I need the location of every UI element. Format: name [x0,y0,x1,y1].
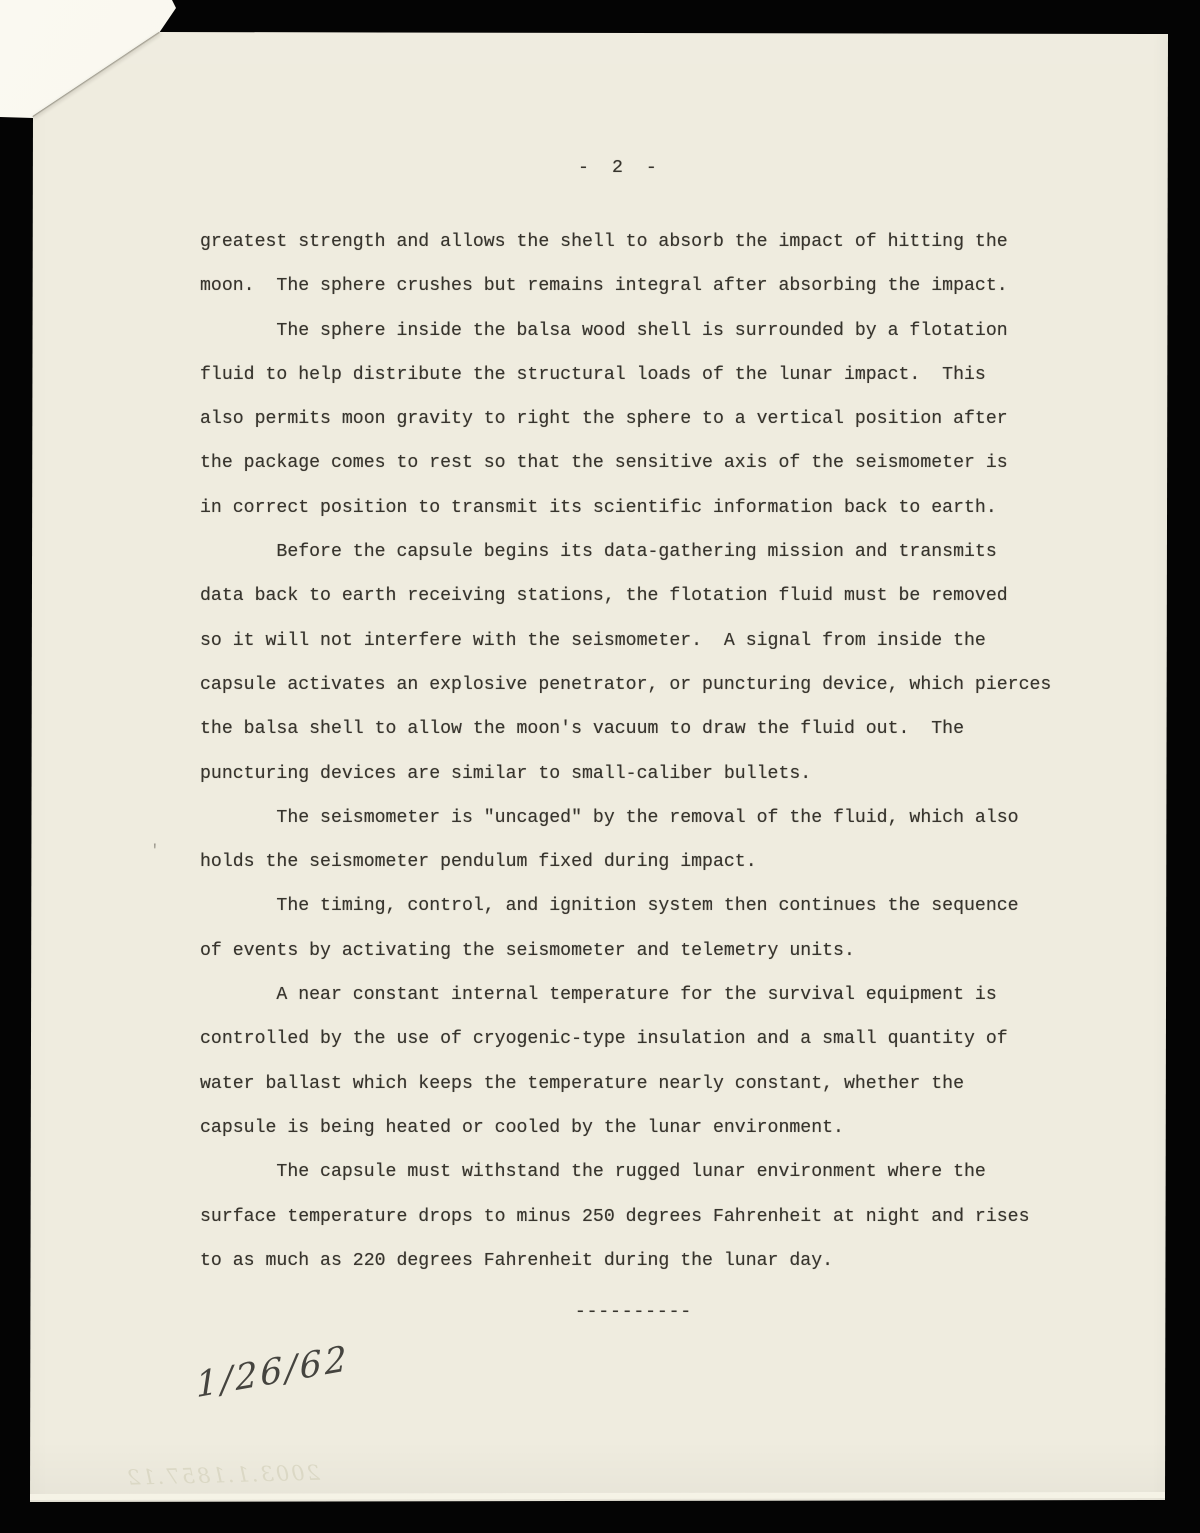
stray-ink-mark: ' [150,842,160,860]
text-line: fluid to help distribute the structural … [200,353,1100,397]
text-line: greatest strength and allows the shell t… [200,220,1100,264]
text-line: The seismometer is "uncaged" by the remo… [200,796,1100,840]
text-line: also permits moon gravity to right the s… [200,397,1100,441]
text-line: so it will not interfere with the seismo… [200,619,1100,663]
text-line: The capsule must withstand the rugged lu… [200,1150,1100,1194]
text-line: data back to earth receiving stations, t… [200,574,1100,618]
text-line: Before the capsule begins its data-gathe… [200,530,1100,574]
text-line: surface temperature drops to minus 250 d… [200,1195,1100,1239]
text-line: the package comes to rest so that the se… [200,441,1100,485]
text-line: moon. The sphere crushes but remains int… [200,264,1100,308]
text-body: greatest strength and allows the shell t… [200,220,1100,1334]
text-line: the balsa shell to allow the moon's vacu… [200,707,1100,751]
text-line: The sphere inside the balsa wood shell i… [200,309,1100,353]
text-line: in correct position to transmit its scie… [200,486,1100,530]
paper-page: - 2 - greatest strength and allows the s… [0,0,1200,1533]
text-line: capsule is being heated or cooled by the… [200,1106,1100,1150]
page-number: - 2 - [578,158,657,178]
typed-end-separator: ---------- [200,1290,1100,1334]
text-line: The timing, control, and ignition system… [200,884,1100,928]
scanned-document: - 2 - greatest strength and allows the s… [0,0,1200,1533]
text-line: water ballast which keeps the temperatur… [200,1062,1100,1106]
text-line: holds the seismometer pendulum fixed dur… [200,840,1100,884]
text-line: of events by activating the seismometer … [200,929,1100,973]
text-line: controlled by the use of cryogenic-type … [200,1017,1100,1061]
text-line: capsule activates an explosive penetrato… [200,663,1100,707]
text-line: to as much as 220 degrees Fahrenheit dur… [200,1239,1100,1283]
text-line: puncturing devices are similar to small-… [200,752,1100,796]
text-line: A near constant internal temperature for… [200,973,1100,1017]
